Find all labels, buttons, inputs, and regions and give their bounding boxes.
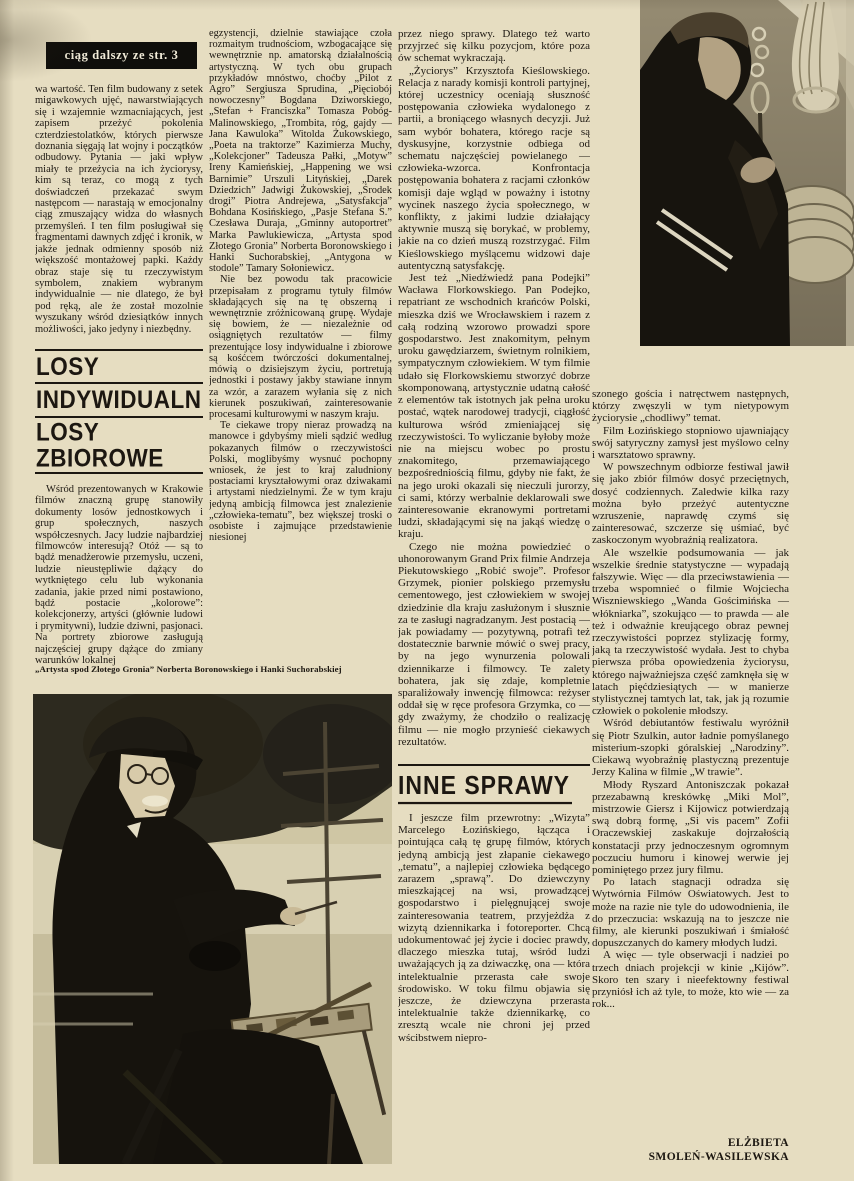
paragraph: Po latach stagnacji odradza się Wytwórni… xyxy=(592,876,789,949)
paragraph: A więc — tyle obserwacji i nadziei po tr… xyxy=(592,949,789,1010)
paragraph: Ale wszelkie podsumowania — jak wszelkie… xyxy=(592,547,789,718)
section-title: INNE SPRAWY xyxy=(398,764,572,804)
column-3: przez niego sprawy. Dlatego też warto pr… xyxy=(398,28,590,1170)
paragraph: I jeszcze film przewrotny: „Wizyta” Marc… xyxy=(398,812,590,1044)
photo-caption: „Artysta spod Złotego Gronia” Norberta B… xyxy=(35,664,394,674)
paragraph: Wśród prezentowanych w Krakowie filmów z… xyxy=(35,484,203,667)
column-3-text-bottom: I jeszcze film przewrotny: „Wizyta” Marc… xyxy=(398,812,590,1044)
author-last-name: SMOLEŃ-WASILEWSKA xyxy=(592,1151,789,1165)
paragraph: Te ciekawe tropy nieraz prowadzą na mano… xyxy=(209,420,392,543)
paragraph: Nie bez powodu tak pracowicie przepisała… xyxy=(209,274,392,420)
column-4: szonego gościa i natręctwem następnych, … xyxy=(592,388,789,1164)
paragraph: Wśród debiutantów festiwalu wyróżnił się… xyxy=(592,717,789,778)
photo-illustration xyxy=(33,694,392,1164)
paragraph: wa wartość. Ten film budowany z setek mi… xyxy=(35,84,203,335)
man-examining-climbing-ropes-photo xyxy=(640,0,854,346)
paragraph: „Życiorys” Krzysztofa Kieślowskiego. Rel… xyxy=(398,65,590,272)
paragraph: szonego gościa i natręctwem następnych, … xyxy=(592,388,789,425)
elderly-folk-painter-with-palette-photo xyxy=(33,694,392,1164)
column-1-text-top: wa wartość. Ten film budowany z setek mi… xyxy=(35,84,203,335)
column-2: egzystencji, dzielnie stawiające czoła r… xyxy=(209,28,392,658)
photo-illustration xyxy=(640,0,854,346)
paragraph: Młody Ryszard Antoniszczak pokazał przez… xyxy=(592,779,789,877)
paragraph: egzystencji, dzielnie stawiające czoła r… xyxy=(209,28,392,274)
paragraph: Film Łozińskiego stopniowo ujawniający s… xyxy=(592,425,789,462)
continued-from-text: ciąg dalszy ze str. 3 xyxy=(65,48,179,63)
column-1-text-bottom: Wśród prezentowanych w Krakowie filmów z… xyxy=(35,484,203,667)
paragraph: Jest też „Niedźwiedź pana Podejki” Wacła… xyxy=(398,272,590,540)
author-first-name: ELŻBIETA xyxy=(592,1137,789,1151)
paragraph: W powszechnym odbiorze festiwal jawił si… xyxy=(592,461,789,546)
column-1: wa wartość. Ten film budowany z setek mi… xyxy=(35,84,203,670)
paragraph: Czego nie można powiedzieć o uhonorowany… xyxy=(398,541,590,748)
author-byline: ELŻBIETA SMOLEŃ-WASILEWSKA xyxy=(592,1121,789,1164)
section-title-line: LOSY ZBIOROWE xyxy=(35,415,203,475)
section-title-line: INDYWIDUALNE, xyxy=(35,383,203,418)
section-heading-inne-sprawy: INNE SPRAWY xyxy=(398,764,590,802)
section-title-line: LOSY xyxy=(35,349,203,384)
magazine-page: ciąg dalszy ze str. 3 wa wartość. Ten fi… xyxy=(0,0,854,1181)
continued-from-label: ciąg dalszy ze str. 3 xyxy=(46,42,197,69)
column-4-text: szonego gościa i natręctwem następnych, … xyxy=(592,388,789,1010)
column-3-text-top: przez niego sprawy. Dlatego też warto pr… xyxy=(398,28,590,748)
section-heading-losy: LOSY INDYWIDUALNE, LOSY ZBIOROWE xyxy=(35,349,203,474)
paragraph: przez niego sprawy. Dlatego też warto pr… xyxy=(398,28,590,65)
